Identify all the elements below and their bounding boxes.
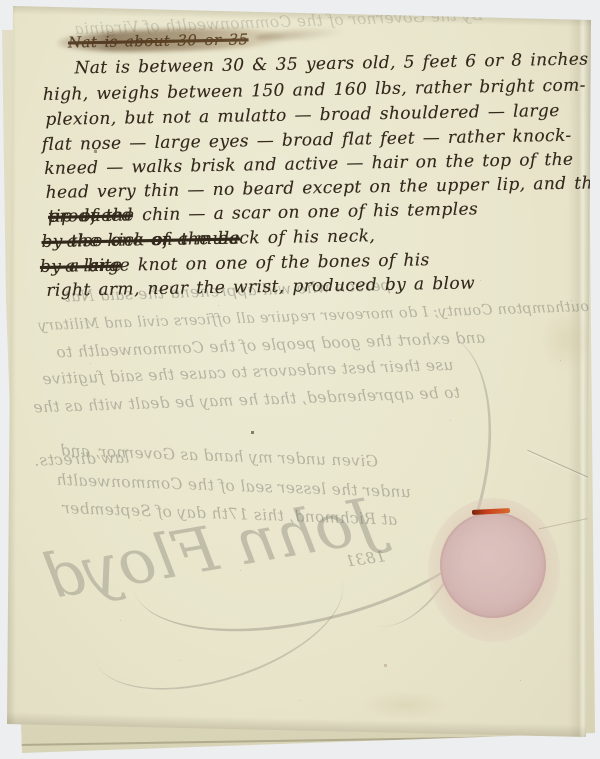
handwritten-text: right arm, near the wrist, produced by a…	[46, 273, 475, 300]
back-sheet-edge	[18, 735, 594, 746]
document-scan: John Floyd By the Governor of the Common…	[0, 0, 600, 759]
manuscript: Nat is about 30 or 35Nat is between 30 &…	[0, 0, 600, 759]
handwritten-text: plexion, but not a mulatto — broad shoul…	[45, 101, 560, 130]
struck-out-text: produced	[48, 205, 133, 226]
paper-specks	[0, 0, 1, 1]
handwritten-text: high, weighs between 150 and 160 lbs, ra…	[43, 75, 586, 104]
handwritten-text: Nat is between 30 & 35 years old, 5 feet…	[74, 49, 588, 78]
handwritten-text: — also one on the back of his neck,	[41, 226, 375, 252]
handwritten-text: head very thin — no beard except on the …	[45, 173, 600, 203]
paper-sheet: John Floyd By the Governor of the Common…	[0, 0, 600, 759]
handwritten-text: — a large knot on one of the bones of hi…	[40, 250, 430, 277]
